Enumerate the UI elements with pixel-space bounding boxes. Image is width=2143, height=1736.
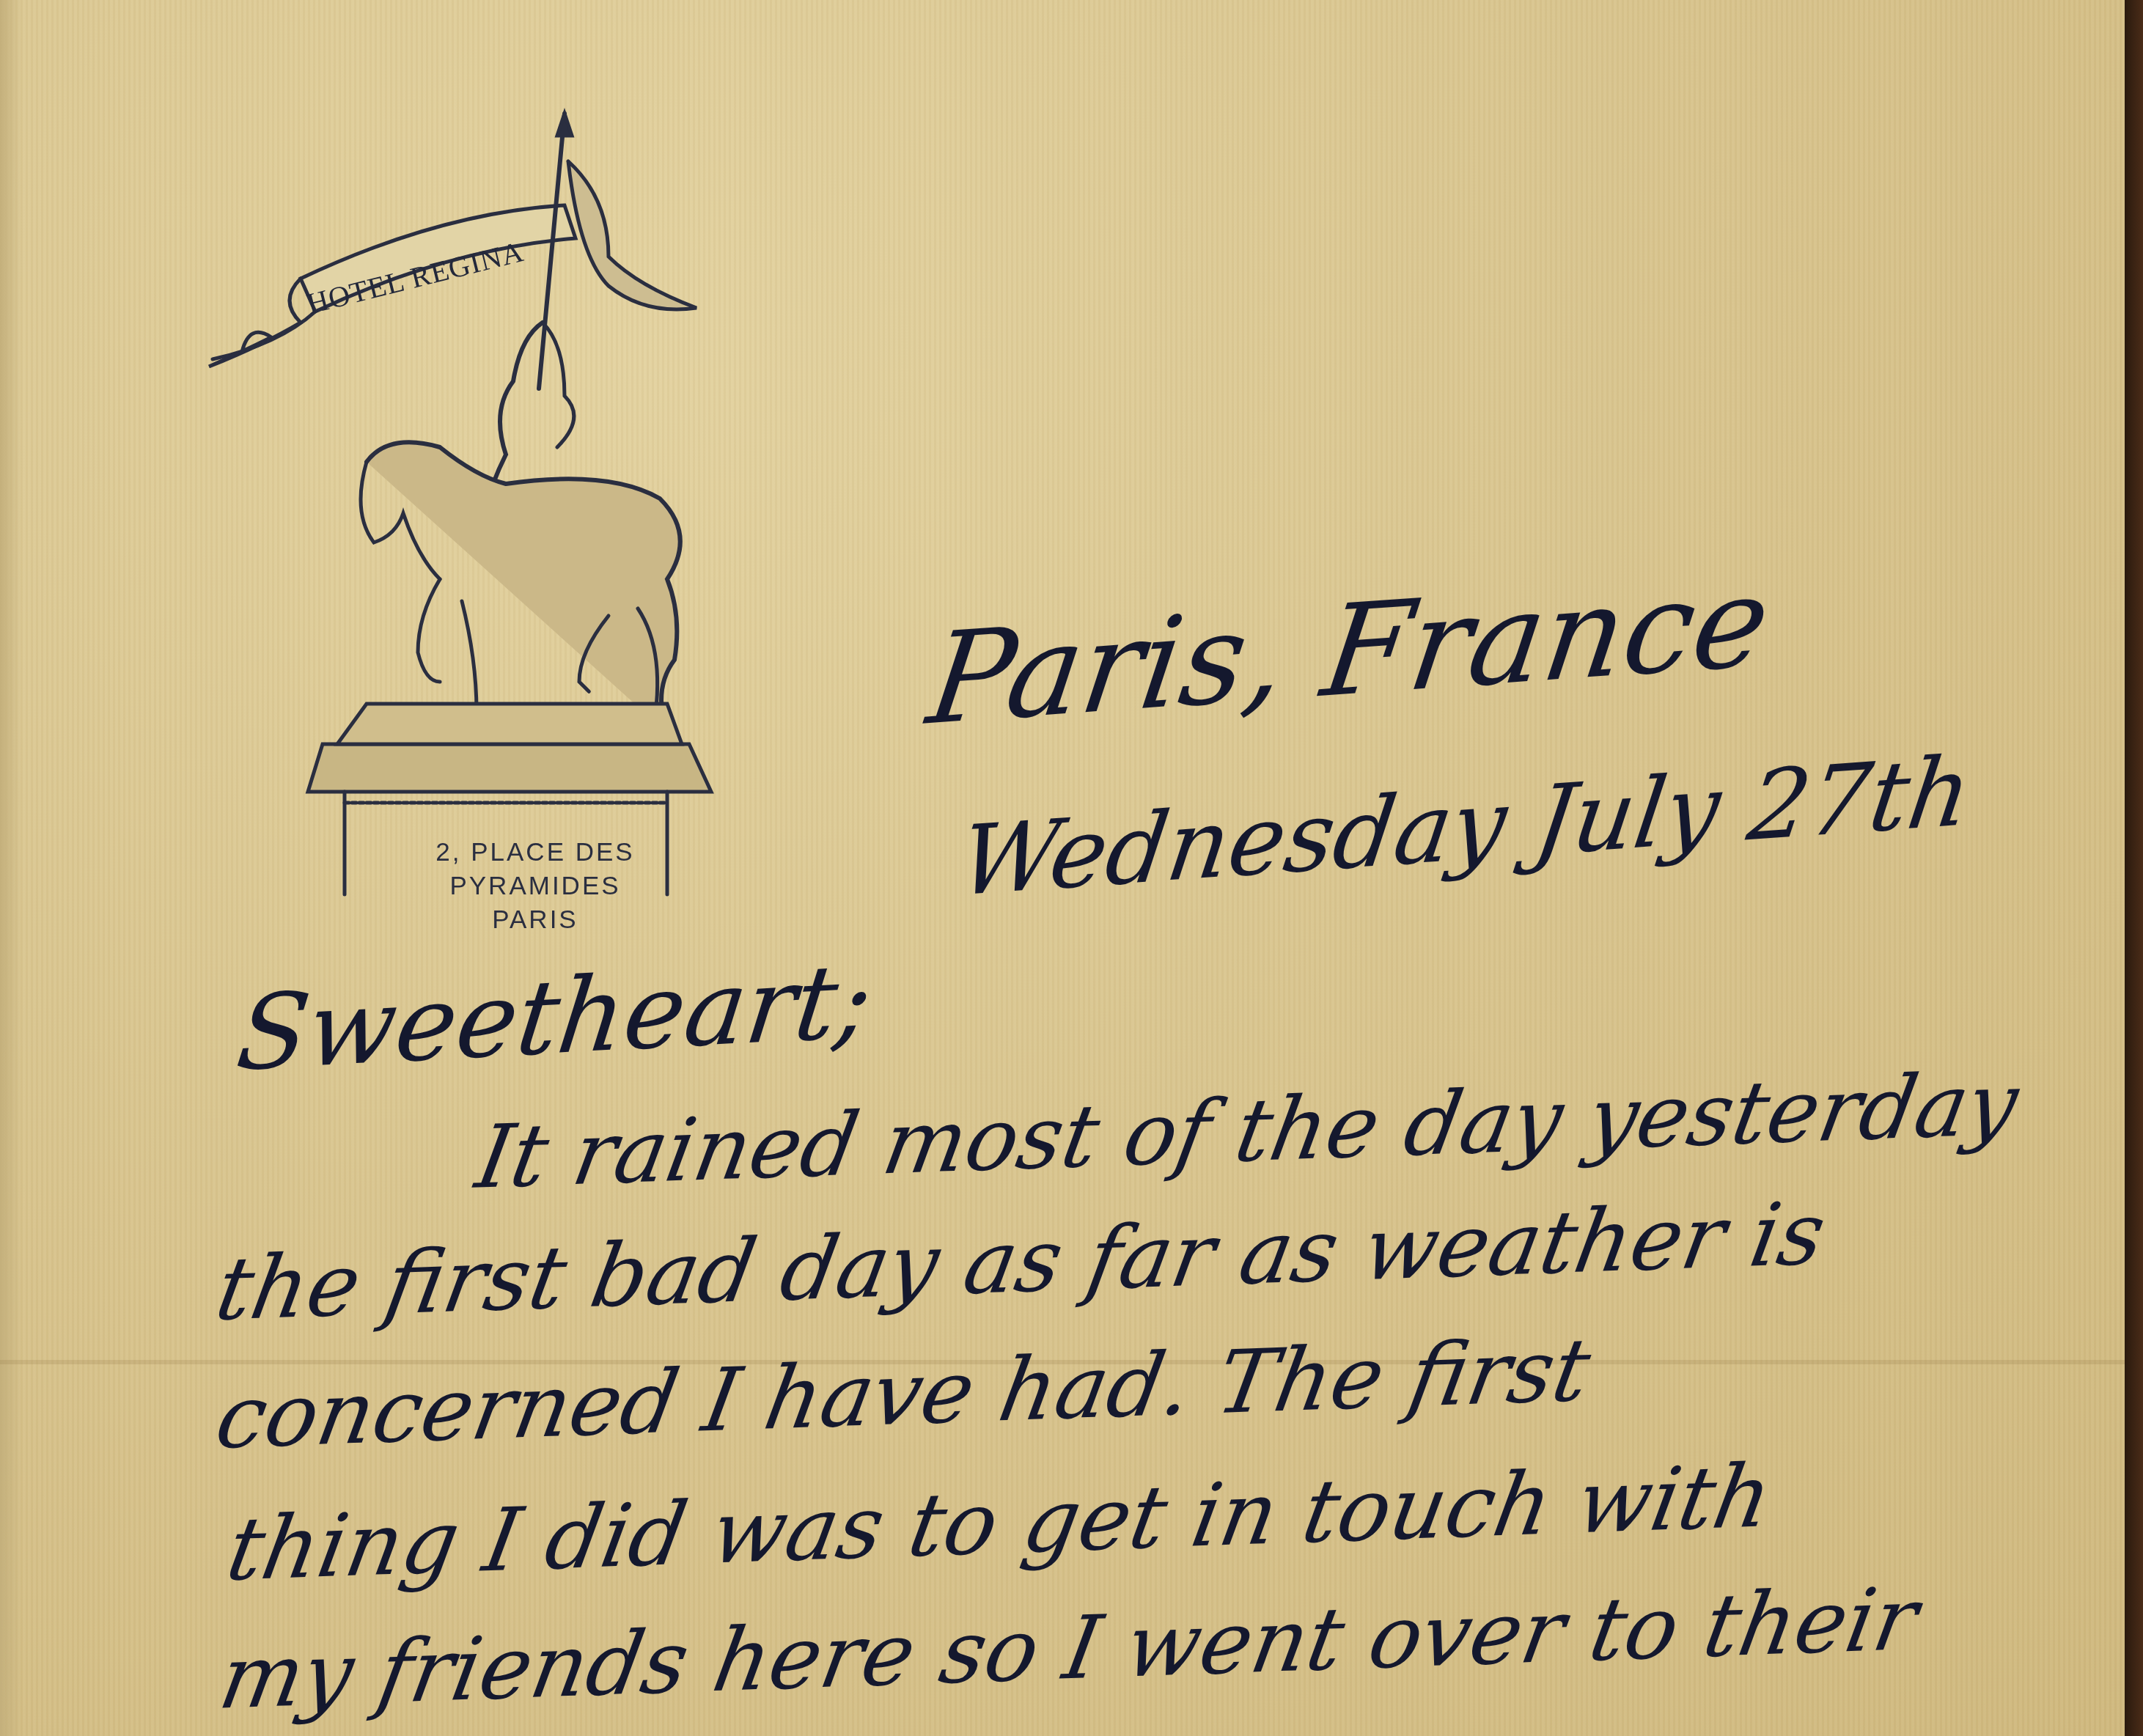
paper-left-edge <box>0 0 22 1736</box>
equestrian-statue-icon <box>198 103 726 946</box>
address-line: 2, PLACE DES <box>389 836 682 869</box>
address-line: PARIS <box>389 903 682 937</box>
hotel-address: 2, PLACE DES PYRAMIDES PARIS <box>389 836 682 937</box>
table-edge <box>2125 0 2143 1736</box>
address-line: PYRAMIDES <box>389 869 682 903</box>
hotel-letterhead: HOTEL REGINA 2, PLACE DES PYRAMIDES PARI… <box>198 103 726 946</box>
